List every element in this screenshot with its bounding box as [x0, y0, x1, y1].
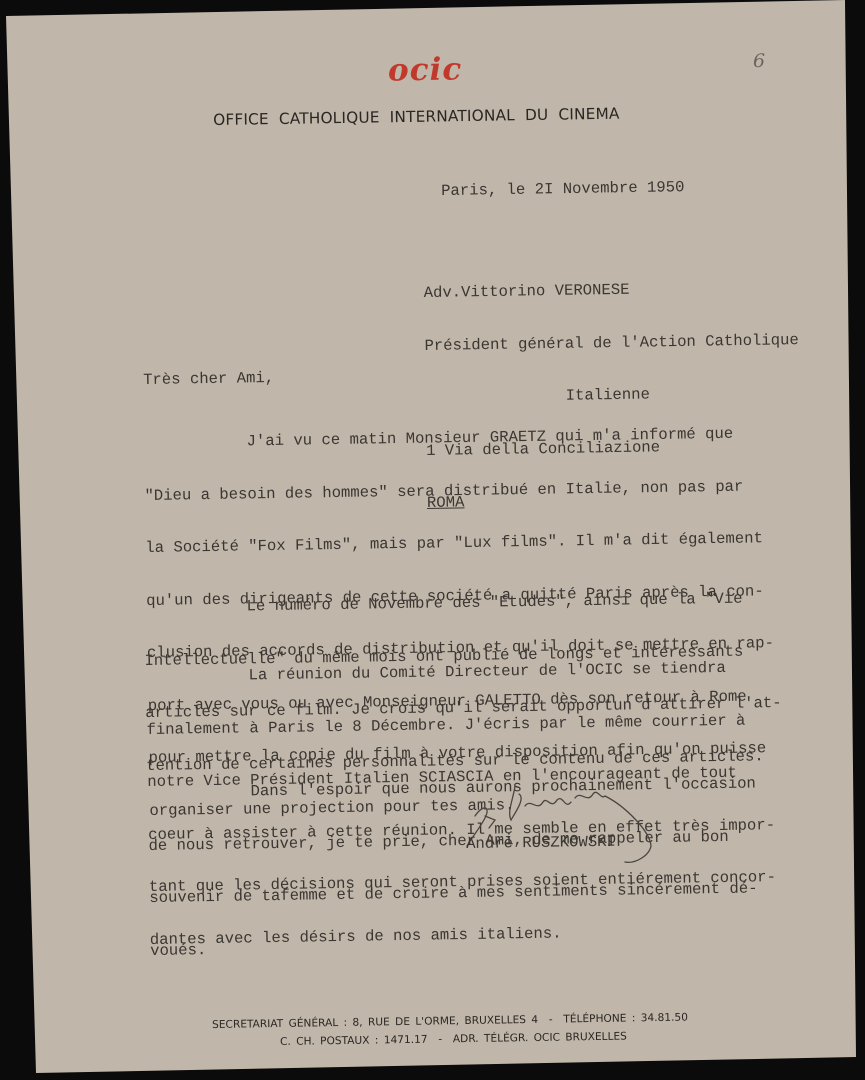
paragraph-4: Dans l'espoir que nous aurons prochainem… [147, 740, 759, 977]
text-line: souvenir de tafemme et de croire à mes s… [149, 880, 757, 907]
text-line: J'ai vu ce matin Monsieur GRAETZ qui m'a… [144, 425, 771, 452]
text-line: voués. [150, 933, 758, 960]
text-line: de nous retrouver, je te prie, cher Ami,… [148, 828, 756, 855]
text-line: "Dieu a besoin des hommes" sera distribu… [144, 478, 771, 505]
recipient-title: Président général de l'Action Catholique [424, 332, 799, 355]
text-line: Le numéro de Novembre des "Etudes", ains… [144, 590, 781, 617]
text-line: finalement à Paris le 8 Décembre. J'écri… [146, 712, 773, 739]
text-line: La réunion du Comité Directeur de l'OCIC… [146, 659, 773, 686]
handwritten-page-number: 6 [753, 50, 765, 72]
salutation: Très cher Ami, [143, 370, 274, 390]
ocic-logo: ocic [388, 51, 463, 88]
text-line: la Société "Fox Films", mais par "Lux fi… [145, 530, 772, 557]
recipient-name: Adv.Vittorino VERONESE [424, 279, 799, 302]
signatory-name: André RUSZKOWSKI [466, 834, 616, 854]
